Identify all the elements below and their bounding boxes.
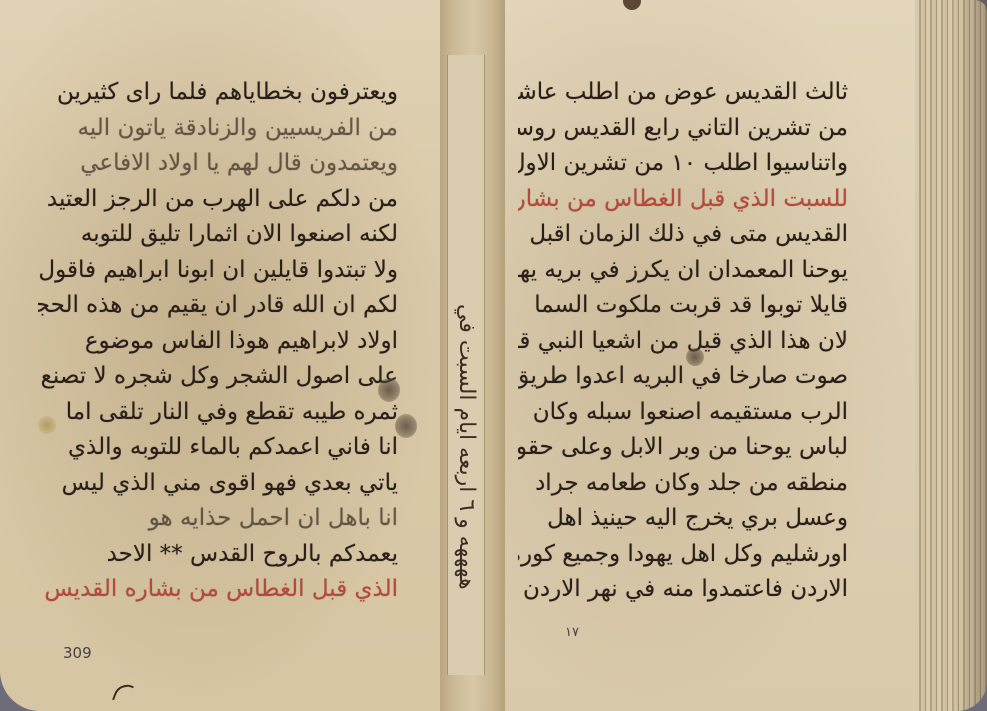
text-line: من دلكم على الهرب من الرجز العتيد xyxy=(38,182,398,218)
binding-strip-text: ههههه و ٦ اربعه ايام السبت في xyxy=(452,70,480,590)
text-line: انا باهل ان احمل حذايه هو xyxy=(38,501,398,537)
text-line: اولاد لابراهيم هوذا الفاس موضوع xyxy=(38,324,398,360)
page-stack-shadow xyxy=(955,0,987,711)
text-line: اورشليم وكل اهل يهودا وجميع كوره xyxy=(518,537,848,573)
folio-number: 309 xyxy=(63,644,92,662)
text-line: على اصول الشجر وكل شجره لا تصنع xyxy=(38,359,398,395)
text-line: لباس يوحنا من وبر الابل وعلى حقويه xyxy=(518,430,848,466)
text-line: لان هذا الذي قيل من اشعيا النبي قايلا xyxy=(518,324,848,360)
text-line: القديس متى في ذلك الزمان اقبل xyxy=(518,217,848,253)
text-line: يعمدكم بالروح القدس ** الاحد xyxy=(38,537,398,573)
text-line: صوت صارخا في البريه اعدوا طريق xyxy=(518,359,848,395)
text-line: ثمره طيبه تقطع وفي النار تلقى اما xyxy=(38,395,398,431)
ink-stain xyxy=(395,414,417,438)
text-line: لكنه اصنعوا الان اثمارا تليق للتوبه xyxy=(38,217,398,253)
text-line: وعسل بري يخرج اليه حينيذ اهل xyxy=(518,501,848,537)
text-line: ياتي بعدي فهو اقوى مني الذي ليس xyxy=(38,466,398,502)
text-line: ويعترفون بخطاياهم فلما راى كثيرين xyxy=(38,75,398,111)
text-line: يوحنا المعمدان ان يكرز في بريه يهودا xyxy=(518,253,848,289)
text-line: لكم ان الله قادر ان يقيم من هذه الحجاره xyxy=(38,288,398,324)
text-line: انا فاني اعمدكم بالماء للتوبه والذي xyxy=(38,430,398,466)
left-page-text: ويعترفون بخطاياهم فلما راى كثيرين من الف… xyxy=(38,75,398,608)
text-line: منطقه من جلد وكان طعامه جراد xyxy=(518,466,848,502)
text-line: الاردن فاعتمدوا منه في نهر الاردن xyxy=(518,572,848,608)
text-line: ولا تبتدوا قايلين ان ابونا ابراهيم فاقول xyxy=(38,253,398,289)
right-page-text: ثالث القديس عوض من اطلب عاشر من تشرين ال… xyxy=(518,75,848,608)
text-line: ثالث القديس عوض من اطلب عاشر xyxy=(518,75,848,111)
text-line: قايلا توبوا قد قربت ملكوت السما xyxy=(518,288,848,324)
ink-stain xyxy=(378,378,400,402)
bottom-mark: ١٧ xyxy=(565,625,579,640)
text-line: الرب مستقيمه اصنعوا سبله وكان xyxy=(518,395,848,431)
open-manuscript: ههههه و ٦ اربعه ايام السبت في ويعترفون ب… xyxy=(0,0,987,711)
text-line: من تشرين التاني رابع القديس روسيموا xyxy=(518,111,848,147)
rubric-line: للسبت الذي قبل الغطاس من بشاره xyxy=(518,182,848,218)
text-line: من الفريسيين والزنادقة ياتون اليه xyxy=(38,111,398,147)
rubric-line: الذي قبل الغطاس من بشاره القديس xyxy=(38,572,398,608)
ink-stain xyxy=(38,416,56,434)
ink-stain xyxy=(686,348,704,366)
text-line: ويعتمدون قال لهم يا اولاد الافاعي xyxy=(38,146,398,182)
text-line: واتناسيوا اطلب ١٠ من تشرين الاول xyxy=(518,146,848,182)
